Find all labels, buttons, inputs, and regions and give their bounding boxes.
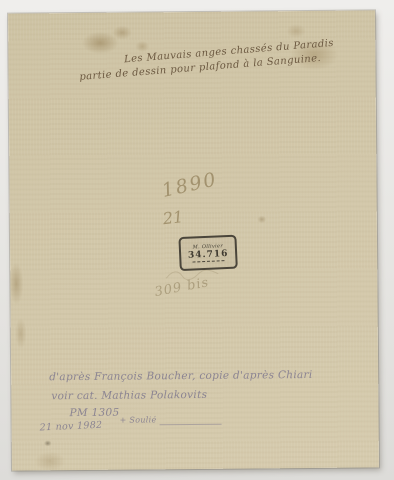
pencil-underline <box>160 424 222 426</box>
drawing-verso-paper: Les Mauvais anges chassés du Paradis par… <box>8 10 379 470</box>
inventory-stamp-rule <box>192 260 224 262</box>
inventory-stamp-number: 34.716 <box>188 248 229 260</box>
inventory-stamp: M. Ollivier 34.716 <box>178 235 237 271</box>
collection-number-1890: 1890 <box>160 168 220 202</box>
pencil-inventory-reference: PM 1305 <box>69 407 119 419</box>
pencil-date-note: 21 nov 1982 <box>39 420 102 434</box>
scan-background: { "photo": { "background_color": "#e6e5e… <box>0 0 394 480</box>
collection-number-21: 21 <box>162 207 184 228</box>
top-ink-inscription: Les Mauvais anges chassés du Paradis par… <box>78 38 335 83</box>
pencil-attribution-line: d'après François Boucher, copie d'après … <box>49 369 312 383</box>
pencil-soulie-note: + Soulié <box>120 415 157 424</box>
pencil-catalogue-reference: voir cat. Mathias Polakovits <box>51 389 207 402</box>
